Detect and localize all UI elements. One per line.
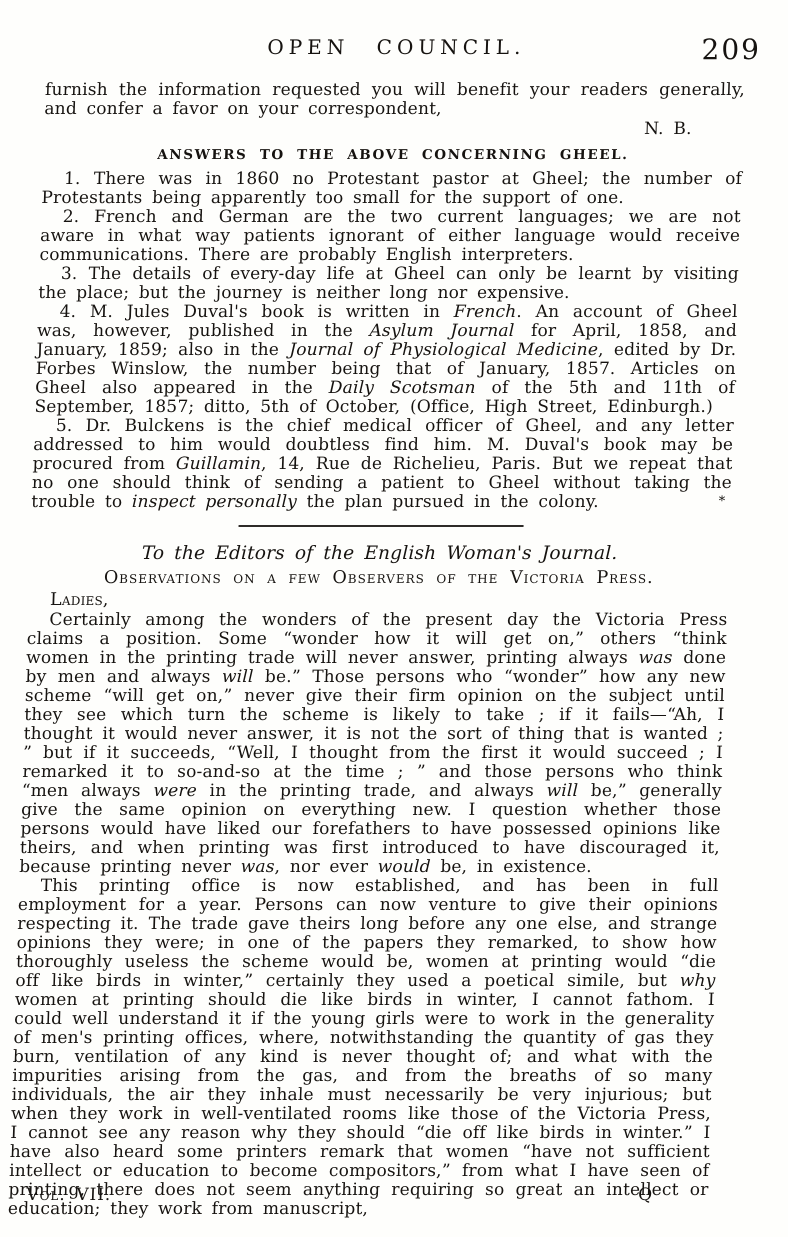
answer-item-5-wrap: 5. Dr. Bulckens is the chief medical off… — [31, 417, 734, 512]
letter-closing-paragraph: furnish the information requested you wi… — [44, 81, 745, 119]
page-content: OPEN COUNCIL. furnish the information re… — [7, 0, 748, 1237]
answer-item-3: 3. The details of every-day life at Ghee… — [38, 265, 739, 303]
scanned-book-page: 209 OPEN COUNCIL. furnish the informatio… — [0, 0, 788, 1237]
page-footer: Vol. VII. Q — [8, 1186, 709, 1205]
answers-section-heading: ANSWERS TO THE ABOVE CONCERNING GHEEL. — [43, 146, 744, 165]
letter-salutation: Ladies, — [28, 591, 729, 610]
answer-item-5: 5. Dr. Bulckens is the chief medical off… — [31, 417, 734, 512]
footnote-asterisk: * — [718, 492, 725, 511]
signature-initials: N. B. — [43, 120, 744, 139]
page-title: OPEN COUNCIL. — [46, 38, 747, 57]
section-divider — [238, 525, 523, 527]
letter-paragraph-2: This printing office is now established,… — [8, 877, 719, 1219]
answer-item-4: 4. M. Jules Duval's book is written in F… — [34, 303, 738, 417]
printer-signature-mark: Q — [638, 1186, 653, 1205]
answer-item-2: 2. French and German are the two current… — [39, 208, 741, 265]
letter-paragraph-1: Certainly among the wonders of the prese… — [19, 611, 728, 877]
letter-subheading: Observations on a few Observers of the V… — [28, 569, 729, 588]
letter-address-heading: To the Editors of the English Woman's Jo… — [29, 544, 730, 563]
volume-label: Vol. VII. — [26, 1186, 112, 1205]
answer-item-1: 1. There was in 1860 no Protestant pasto… — [41, 170, 742, 208]
